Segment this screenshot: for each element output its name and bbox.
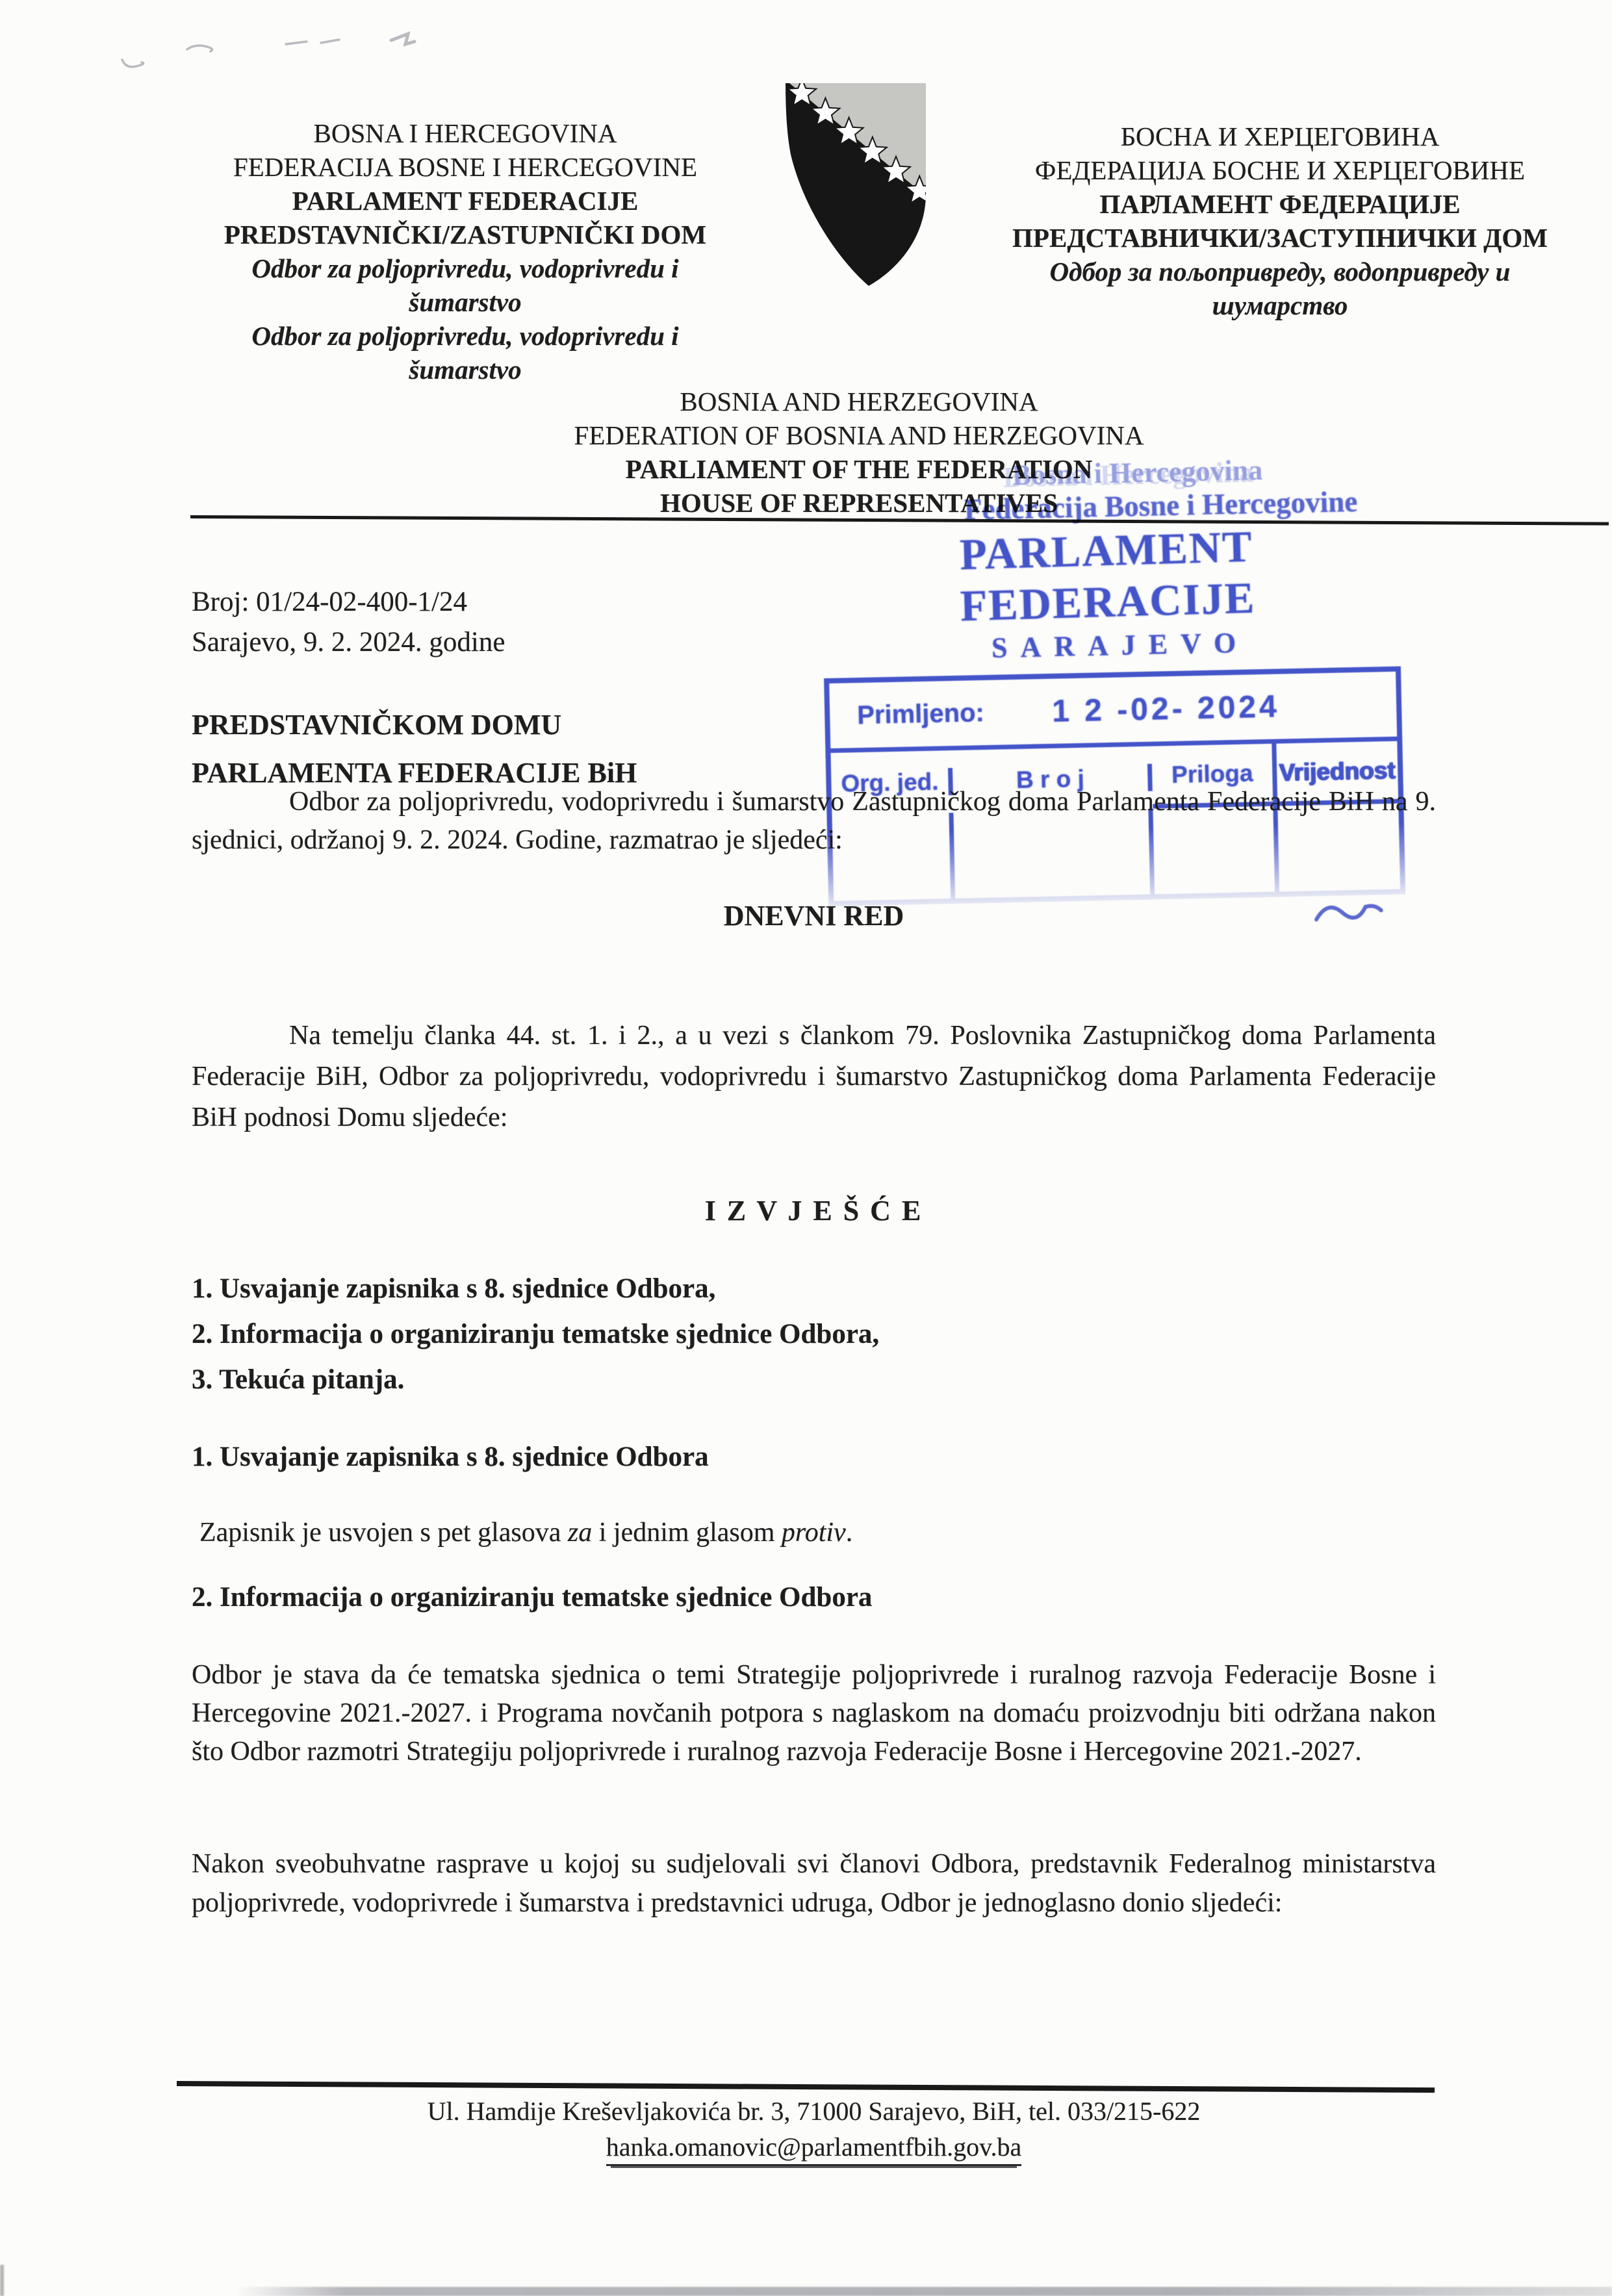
agenda-item: 2. Informacija o organiziranju tematske … bbox=[192, 1312, 879, 1357]
header-left-line: PREDSTAVNIČKI/ZASTUPNIČKI DOM bbox=[140, 218, 790, 251]
stamp-received-row: Primljeno: 1 2 -02- 2024 bbox=[829, 672, 1397, 753]
stamp-received-label: Primljeno: bbox=[830, 698, 1014, 731]
header-english-line: FEDERATION OF BOSNIA AND HERZEGOVINA bbox=[502, 418, 1216, 452]
section-heading-2: 2. Informacija o organiziranju tematske … bbox=[192, 1581, 872, 1613]
footer-block: Ul. Hamdije Kreševljakovića br. 3, 71000… bbox=[192, 2093, 1436, 2165]
paragraph-legal-basis: Na temelju članka 44. st. 1. i 2., a u v… bbox=[192, 1015, 1436, 1138]
header-right-line: ФЕДЕРАЦИЈА БОСНЕ И ХЕРЦЕГОВИНЕ bbox=[936, 153, 1612, 187]
stamp-parliament-line: PARLAMENT FEDERACIJE bbox=[810, 517, 1404, 635]
agenda-item: 1. Usvajanje zapisnika s 8. sjednice Odb… bbox=[192, 1266, 879, 1312]
vote-text: i jednim glasom bbox=[592, 1518, 782, 1548]
paragraph-intro: Odbor za poljoprivredu, vodoprivredu i š… bbox=[192, 783, 1436, 860]
heading-dnevni-red: DNEVNI RED bbox=[192, 899, 1436, 932]
document-meta: Broj: 01/24-02-400-1/24 Sarajevo, 9. 2. … bbox=[192, 582, 505, 663]
header-left-line: BOSNA I HERCEGOVINA bbox=[140, 116, 790, 150]
document-number: Broj: 01/24-02-400-1/24 bbox=[192, 582, 505, 622]
paragraph-thematic-session: Odbor je stava da će tematska sjednica o… bbox=[192, 1656, 1436, 1771]
vote-protiv: protiv bbox=[782, 1518, 846, 1548]
paragraph-vote-result: Zapisnik je usvojen s pet glasova za i j… bbox=[192, 1514, 1436, 1552]
bih-coat-of-arms-icon bbox=[770, 73, 940, 287]
agenda-list: 1. Usvajanje zapisnika s 8. sjednice Odb… bbox=[192, 1266, 879, 1403]
footer-email: hanka.omanovic@parlamentfbih.gov.ba bbox=[606, 2132, 1022, 2166]
header-left-line: Odbor za poljoprivredu, vodoprivredu i bbox=[140, 251, 790, 285]
header-left-column: BOSNA I HERCEGOVINA FEDERACIJA BOSNE I H… bbox=[140, 116, 790, 387]
header-right-line: БОСНА И ХЕРЦЕГОВИНА bbox=[936, 120, 1612, 153]
header-left-line: šumarstvo bbox=[140, 353, 790, 387]
stamp-received-date: 1 2 -02- 2024 bbox=[1013, 689, 1281, 730]
section-heading-1: 1. Usvajanje zapisnika s 8. sjednice Odb… bbox=[192, 1441, 709, 1473]
footer-divider-line bbox=[177, 2081, 1435, 2093]
scanner-edge-band bbox=[235, 2287, 1612, 2296]
paragraph-conclusion-intro: Nakon sveobuhvatne rasprave u kojoj su s… bbox=[192, 1844, 1436, 1922]
heading-izvjesce: I Z V J E Š Ć E bbox=[192, 1194, 1436, 1227]
header-right-line: ПАРЛАМЕНТ ФЕДЕРАЦИЈЕ bbox=[936, 187, 1612, 221]
vote-za: za bbox=[568, 1518, 592, 1548]
header-right-column: БОСНА И ХЕРЦЕГОВИНА ФЕДЕРАЦИЈА БОСНЕ И Х… bbox=[936, 120, 1612, 322]
header-right-line: шумарство bbox=[936, 288, 1612, 322]
header-right-line: ПРЕДСТАВНИЧКИ/ЗАСТУПНИЧКИ ДОМ bbox=[936, 221, 1612, 255]
header-left-line: FEDERACIJA BOSNE I HERCEGOVINE bbox=[140, 150, 790, 184]
footer-address: Ul. Hamdije Kreševljakovića br. 3, 71000… bbox=[192, 2093, 1436, 2129]
header-english-line: BOSNIA AND HERZEGOVINA bbox=[502, 385, 1216, 418]
scanned-document-page: BOSNA I HERCEGOVINA FEDERACIJA BOSNE I H… bbox=[0, 0, 1612, 2296]
addressee-line: PREDSTAVNIČKOM DOMU bbox=[192, 701, 637, 749]
vote-text: . bbox=[846, 1518, 853, 1548]
header-right-line: Одбор за пољопривреду, водопривреду и bbox=[936, 255, 1612, 288]
scanner-corner-mark bbox=[0, 2265, 4, 2296]
vote-text: Zapisnik je usvojen s pet glasova bbox=[199, 1518, 568, 1548]
agenda-item: 3. Tekuća pitanja. bbox=[192, 1357, 879, 1403]
header-left-line: Odbor za poljoprivredu, vodoprivredu i bbox=[140, 319, 790, 353]
header-left-line: šumarstvo bbox=[140, 285, 790, 319]
pencil-marks bbox=[91, 26, 442, 78]
document-place-date: Sarajevo, 9. 2. 2024. godine bbox=[192, 622, 505, 663]
header-left-line: PARLAMENT FEDERACIJE bbox=[140, 184, 790, 218]
